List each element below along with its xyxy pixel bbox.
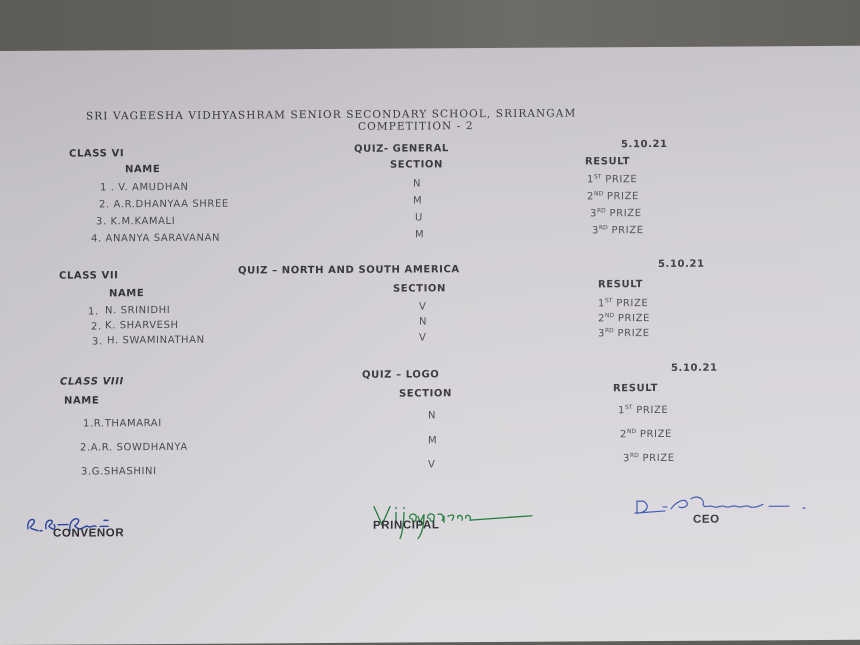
- convenor-signature-mark: [24, 512, 164, 535]
- name-header: NAME: [109, 288, 144, 299]
- student-section: N: [428, 410, 436, 421]
- principal-signature-mark: [372, 504, 542, 545]
- student-section: M: [428, 435, 437, 446]
- result-header: RESULT: [598, 279, 643, 290]
- student-section: N: [413, 178, 421, 189]
- student-section: U: [415, 212, 423, 223]
- result-header: RESULT: [585, 156, 630, 167]
- ceo-label: CEO: [693, 514, 720, 526]
- student-section: M: [415, 229, 424, 240]
- competition-title: COMPETITION - 2: [358, 120, 474, 133]
- student-section: N: [419, 316, 427, 327]
- student-name: 4. ANANYA SARAVANAN: [91, 233, 220, 245]
- quiz-date: 5.10.21: [671, 363, 718, 374]
- ceo-signature-mark: [633, 494, 833, 517]
- student-section: M: [413, 195, 422, 206]
- quiz-title: QUIZ- GENERAL: [354, 143, 449, 155]
- student-name: N. SRINIDHI: [105, 305, 170, 316]
- student-result: 2ND PRIZE: [620, 428, 672, 440]
- student-result: 3RD PRIZE: [592, 224, 644, 236]
- section-header: SECTION: [390, 159, 443, 170]
- section-header: SECTION: [393, 283, 446, 294]
- row-number: 2.: [91, 321, 102, 332]
- name-header: NAME: [64, 395, 99, 406]
- principal-label: PRINCIPAL: [373, 519, 440, 531]
- section-header: SECTION: [399, 388, 452, 399]
- quiz-date: 5.10.21: [621, 139, 668, 150]
- quiz-title: QUIZ – LOGO: [362, 369, 439, 380]
- student-result: 2ND PRIZE: [587, 190, 639, 202]
- student-result: 1ST PRIZE: [618, 404, 668, 416]
- student-result: 3RD PRIZE: [623, 452, 675, 464]
- student-name: 1 . V. AMUDHAN: [100, 182, 189, 194]
- row-number: 1.: [88, 306, 99, 317]
- convenor-label: CONVENOR: [53, 527, 124, 539]
- row-number: 3.: [92, 336, 103, 347]
- student-name: 3. K.M.KAMALI: [96, 216, 175, 227]
- student-section: V: [428, 459, 435, 470]
- student-name: 3.G.SHASHINI: [81, 466, 157, 477]
- student-section: V: [419, 301, 426, 312]
- student-result: 2ND PRIZE: [598, 312, 650, 324]
- student-name: H. SWAMINATHAN: [107, 335, 205, 347]
- student-name: 2. A.R.DHANYAA SHREE: [99, 199, 229, 211]
- class-label: CLASS VIII: [60, 376, 124, 387]
- student-result: 1ST PRIZE: [587, 173, 637, 185]
- school-name: SRI VAGEESHA VIDHYASHRAM SENIOR SECONDAR…: [86, 107, 576, 122]
- paper-sheet: SRI VAGEESHA VIDHYASHRAM SENIOR SECONDAR…: [0, 46, 860, 645]
- student-result: 3RD PRIZE: [598, 327, 650, 339]
- student-result: 1ST PRIZE: [598, 297, 648, 309]
- name-header: NAME: [125, 164, 160, 175]
- student-result: 3RD PRIZE: [590, 207, 642, 219]
- class-label: CLASS VI: [69, 148, 124, 159]
- student-name: K. SHARVESH: [105, 320, 179, 331]
- quiz-title: QUIZ – NORTH AND SOUTH AMERICA: [238, 264, 460, 276]
- class-label: CLASS VII: [59, 270, 118, 281]
- quiz-date: 5.10.21: [658, 259, 705, 270]
- student-name: 2.A.R. SOWDHANYA: [80, 442, 188, 454]
- result-header: RESULT: [613, 383, 658, 394]
- student-name: 1.R.THAMARAI: [83, 418, 162, 429]
- student-section: V: [419, 332, 426, 343]
